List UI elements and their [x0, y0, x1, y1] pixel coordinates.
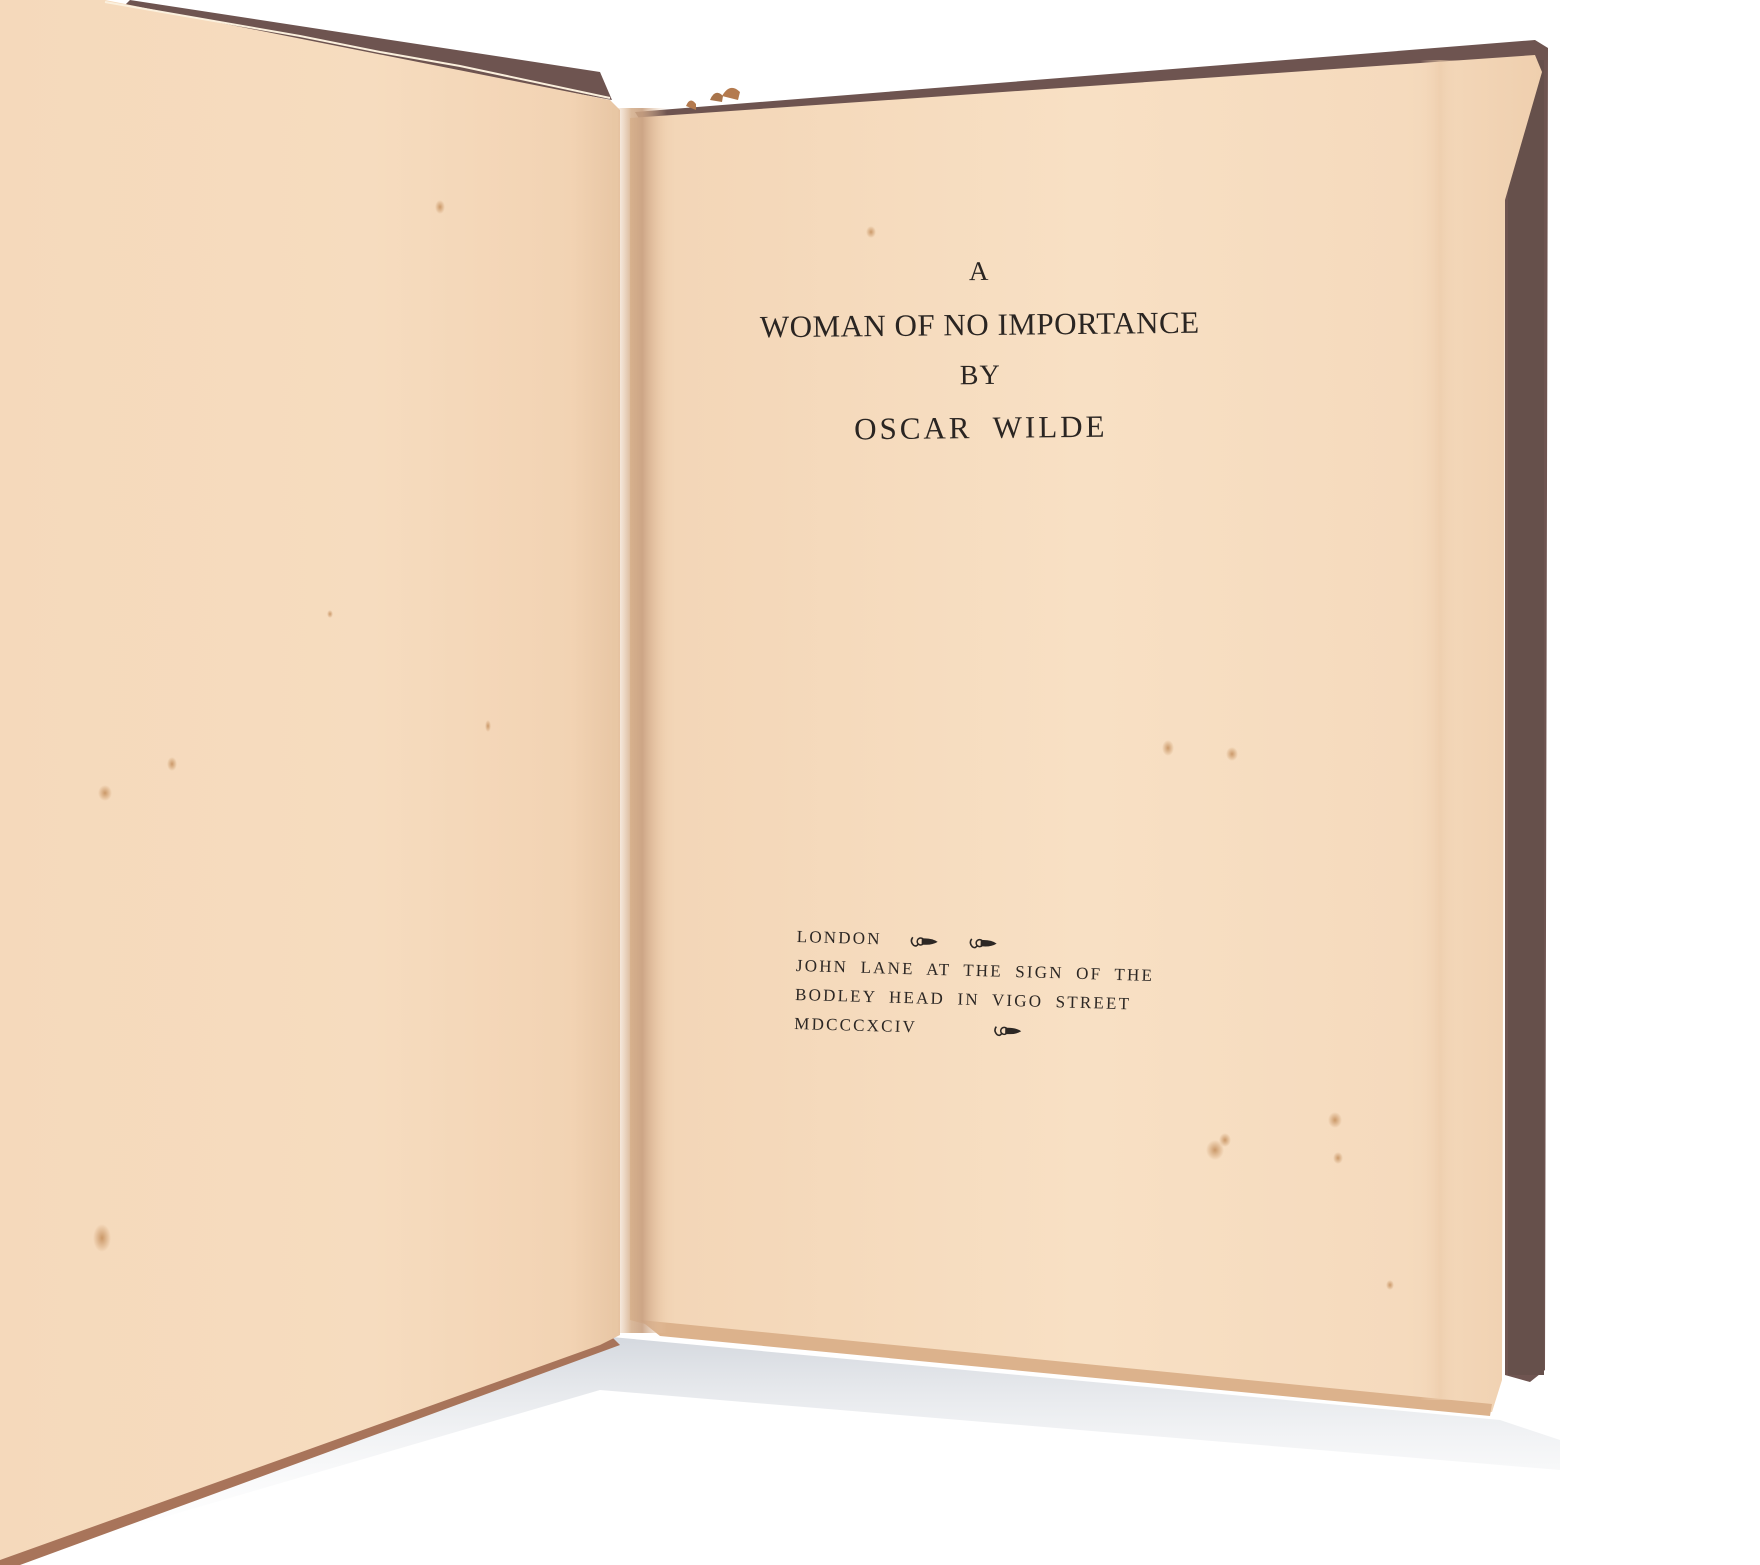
left-page [0, 0, 620, 1560]
tear-chip [710, 93, 723, 102]
page-fold-band [1420, 60, 1460, 1400]
right-cover-spine-edge [1508, 60, 1544, 1375]
gutter-shadow [612, 108, 667, 1333]
book-illustration [0, 0, 1760, 1565]
book-photo [0, 0, 1760, 1565]
gutter-crease [612, 108, 618, 1333]
tear-chip [722, 88, 740, 100]
right-page [630, 55, 1542, 1412]
